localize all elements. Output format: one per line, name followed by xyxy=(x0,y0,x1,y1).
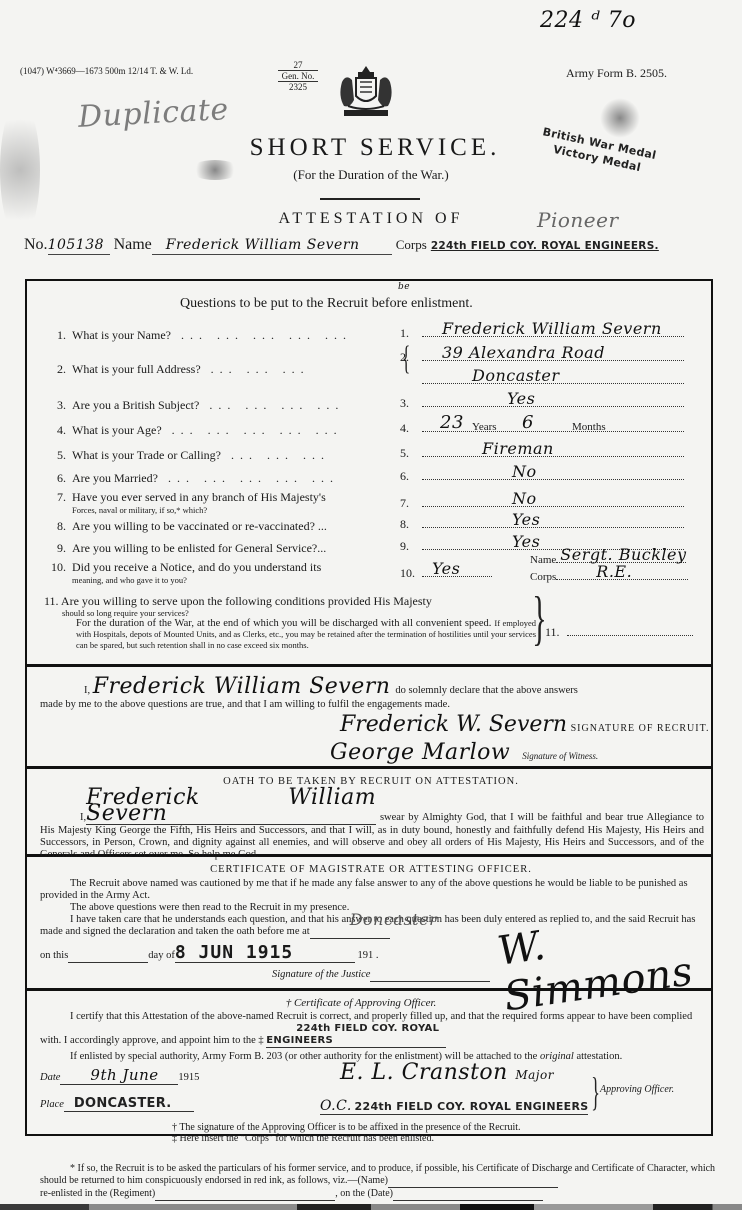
gen-no-label: Gen. No. xyxy=(278,70,318,82)
appointed-corps: 224th FIELD COY. ROYAL ENGINEERS xyxy=(266,1023,446,1048)
approving-officer-heading: † Certificate of Approving Officer. xyxy=(0,997,742,1009)
name-field: Frederick William Severn xyxy=(152,236,392,255)
no-value: 105138 xyxy=(48,237,104,253)
notice-giver: NameSergt. Buckley CorpsR.E. xyxy=(530,553,688,583)
form-footnotes: † The signature of the Approving Officer… xyxy=(172,1122,521,1144)
witness-signature-label: Signature of Witness. xyxy=(522,751,598,761)
approving-officer-signature: E. L. Cranston Major xyxy=(340,1060,554,1085)
question-1: 1.What is your Name?... ... ... ... ... xyxy=(44,328,352,343)
approving-officer-certificate: I certify that this Attestation of the a… xyxy=(40,1011,704,1063)
scan-smudge xyxy=(190,160,240,180)
gen-no-top: 27 xyxy=(278,60,318,70)
recruit-identity-line: No.105138 NameFrederick William Severn C… xyxy=(24,236,659,255)
answer-10[interactable]: 10.Yes xyxy=(400,566,492,581)
answer-8[interactable]: 8.Yes xyxy=(400,517,684,532)
answer-2[interactable]: 2.39 Alexandra Road xyxy=(400,350,684,365)
question-9: 9.Are you willing to be enlisted for Gen… xyxy=(44,541,326,556)
brace: } xyxy=(532,584,546,653)
attestation-rank: Pioneer xyxy=(537,208,619,232)
no-field: 105138 xyxy=(48,236,110,255)
question-7: 7.Have you ever served in any branch of … xyxy=(44,490,326,515)
royal-coat-of-arms-icon xyxy=(336,64,396,122)
answer-7[interactable]: 7.No xyxy=(400,496,684,511)
scan-smudge xyxy=(600,98,640,138)
gen-no-bottom: 2325 xyxy=(278,82,318,92)
oath-name: Frederick William Severn xyxy=(86,785,376,826)
approval-date-value: 9th June xyxy=(60,1066,158,1084)
gen-no-block: 27 Gen. No. 2325 xyxy=(278,60,318,92)
question-11: 11. Are you willing to serve upon the fo… xyxy=(44,595,544,619)
approving-officer-stamp: O.C. 224th FIELD COY. ROYAL ENGINEERS xyxy=(320,1098,588,1115)
recruit-signature-value: Frederick W. Severn xyxy=(340,712,567,737)
approval-date: Date9th June1915 xyxy=(40,1066,199,1085)
question-5: 5.What is your Trade or Calling?... ... … xyxy=(44,448,330,463)
section-divider xyxy=(25,766,713,769)
former-service-note: * If so, the Recruit is to be asked the … xyxy=(40,1163,716,1201)
question-10: 10.Did you receive a Notice, and do you … xyxy=(44,560,321,585)
date-stamp: 8 JUN 1915 xyxy=(175,942,293,963)
section-divider xyxy=(25,664,713,667)
corps-label: Corps xyxy=(396,237,427,252)
question-3: 3.Are you a British Subject?... ... ... … xyxy=(44,398,344,413)
declaration: I, Frederick William Severn do solemnly … xyxy=(40,674,700,710)
question-2: 2.What is your full Address?... ... ... xyxy=(44,362,310,377)
approving-officer-label: Approving Officer. xyxy=(600,1084,674,1095)
scan-edge xyxy=(0,1204,742,1210)
attestation-heading: ATTESTATION OF xyxy=(0,210,742,228)
questions-heading: Questions to be put to the Recruit befor… xyxy=(180,296,473,312)
no-label: No. xyxy=(24,236,48,253)
question-8: 8.Are you willing to be vaccinated or re… xyxy=(44,519,327,534)
duplicate-mark: Duplicate xyxy=(77,92,229,135)
answer-5[interactable]: 5.Fireman xyxy=(400,446,684,461)
question-6: 6.Are you Married?... ... ... ... ... xyxy=(44,471,339,486)
service-conditions: For the duration of the War, at the end … xyxy=(76,618,536,651)
approval-place: PlaceDONCASTER. xyxy=(40,1096,194,1112)
answer-11[interactable]: 11. xyxy=(545,625,693,640)
answer-6[interactable]: 6.No xyxy=(400,469,684,484)
reference-number-handwritten: 224 ᵈ 7o xyxy=(540,8,636,33)
corps-value: 224th FIELD COY. ROYAL ENGINEERS. xyxy=(431,240,659,252)
recruit-signature-label: SIGNATURE OF RECRUIT. xyxy=(571,723,710,734)
answer-2-line-2[interactable]: Doncaster xyxy=(400,373,684,388)
title-divider xyxy=(320,198,420,200)
answer-4[interactable]: 4. 23 Years 6 Months xyxy=(400,421,684,436)
witness-signature: George Marlow Signature of Witness. xyxy=(330,740,598,765)
scan-smudge xyxy=(0,100,40,240)
army-form-number: Army Form B. 2505. xyxy=(566,66,667,81)
answer-1[interactable]: 1.Frederick William Severn xyxy=(400,326,684,341)
heading-correction: be xyxy=(398,282,410,292)
name-value: Frederick William Severn xyxy=(152,237,360,253)
witness-signature-value: George Marlow xyxy=(330,740,520,765)
name-label: Name xyxy=(114,236,152,253)
printer-line: (1047) W⁴3669—1673 500m 12/14 T. & W. Ld… xyxy=(20,66,193,76)
declaration-name: Frederick William Severn xyxy=(93,674,393,699)
approval-place-value: DONCASTER. xyxy=(64,1096,172,1111)
attestation-place: Doncaster xyxy=(320,914,438,926)
magistrate-certificate-heading: CERTIFICATE OF MAGISTRATE OR ATTESTING O… xyxy=(0,864,742,875)
brace: } xyxy=(591,1068,600,1115)
oath-text: I,Frederick William Severn swear by Almi… xyxy=(40,792,704,861)
recruit-signature: Frederick W. Severn SIGNATURE OF RECRUIT… xyxy=(340,712,709,737)
answer-3[interactable]: 3.Yes xyxy=(400,396,684,411)
question-4: 4.What is your Age?... ... ... ... ... xyxy=(44,423,343,438)
